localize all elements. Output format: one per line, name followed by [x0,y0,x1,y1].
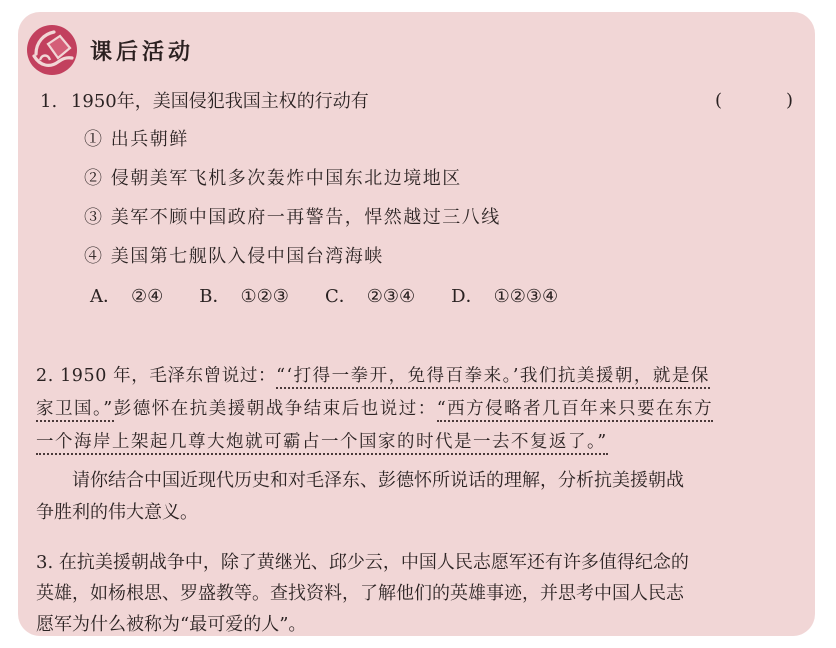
peng-quote-end: 一个海岸上架起几尊大炮就可霸占一个国家的时代是一去不复返了。” [36,432,608,455]
question2-intro: 1950 年，毛泽东曾说过： [60,366,276,386]
option-letter: C． [325,286,357,307]
activity-logo-icon [26,24,78,76]
option-c: C．②③④ [325,285,415,309]
option-value: ②③④ [367,286,415,307]
answer-options: A．②④ B．①②③ C．②③④ D．①②③④ [90,285,594,309]
question2-task: 请你结合中国近现代历史和对毛泽东、彭德怀所说话的理解，分析抗美援朝战 争胜利的伟… [36,465,806,529]
answer-bracket-open: ( [715,90,722,111]
option-value: ②④ [131,286,163,307]
activity-card: 课后活动 1. 1950年，美国侵犯我国主权的行动有 ( ) ① 出兵朝鲜 ② … [18,12,815,636]
question1-text: 1950年，美国侵犯我国主权的行动有 [71,91,369,112]
section-title: 课后活动 [90,35,194,66]
peng-intro: 彭德怀在抗美援朝战争结束后也说过： [114,399,437,419]
statement-2: ② 侵朝美军飞机多次轰炸中国东北边境地区 [84,167,462,191]
option-value: ①②③ [241,286,289,307]
question3-line-2: 英雄，如杨根思、罗盛教等。查找资料，了解他们的英雄事迹，并思考中国人民志 [36,578,806,609]
option-letter: A． [90,286,121,307]
option-b: B．①②③ [199,285,289,309]
mao-quote: “‘打得一拳开，免得百拳来。’我们抗美援朝，就是保 [276,366,710,389]
peng-quote: “西方侵略者几百年来只要在东方 [437,399,713,422]
statement-3: ③ 美军不顾中国政府一再警告，悍然越过三八线 [84,206,501,230]
answer-bracket-close: ) [786,90,793,111]
question2-quotes: 2. 1950 年，毛泽东曾说过：“‘打得一拳开，免得百拳来。’我们抗美援朝，就… [36,360,806,459]
question3-line-1: 3. 在抗美援朝战争中，除了黄继光、邱少云，中国人民志愿军还有许多值得纪念的 [36,547,806,578]
question1-stem: 1. 1950年，美国侵犯我国主权的行动有 [40,90,369,114]
question3-line-3: 愿军为什么被称为“最可爱的人”。 [36,609,806,640]
statement-4: ④ 美国第七舰队入侵中国台湾海峡 [84,245,384,269]
question2-line-2: 家卫国。”彭德怀在抗美援朝战争结束后也说过：“西方侵略者几百年来只要在东方 [36,393,806,426]
option-value: ①②③④ [494,286,559,307]
option-d: D．①②③④ [451,285,558,309]
task-line-1: 请你结合中国近现代历史和对毛泽东、彭德怀所说话的理解，分析抗美援朝战 [36,465,806,497]
question2-line-3: 一个海岸上架起几尊大炮就可霸占一个国家的时代是一去不复返了。” [36,426,806,459]
section-header: 课后活动 [26,20,194,80]
statement-1: ① 出兵朝鲜 [84,128,189,152]
option-letter: D． [451,286,483,307]
option-a: A．②④ [90,285,163,309]
task-line-2: 争胜利的伟大意义。 [36,497,806,529]
option-letter: B． [199,286,230,307]
question2-line-1: 2. 1950 年，毛泽东曾说过：“‘打得一拳开，免得百拳来。’我们抗美援朝，就… [36,360,806,393]
question2-number: 2. [36,366,54,386]
question1-number: 1. [40,91,57,112]
question3: 3. 在抗美援朝战争中，除了黄继光、邱少云，中国人民志愿军还有许多值得纪念的 英… [36,547,806,640]
mao-quote-end: 家卫国。” [36,399,114,422]
